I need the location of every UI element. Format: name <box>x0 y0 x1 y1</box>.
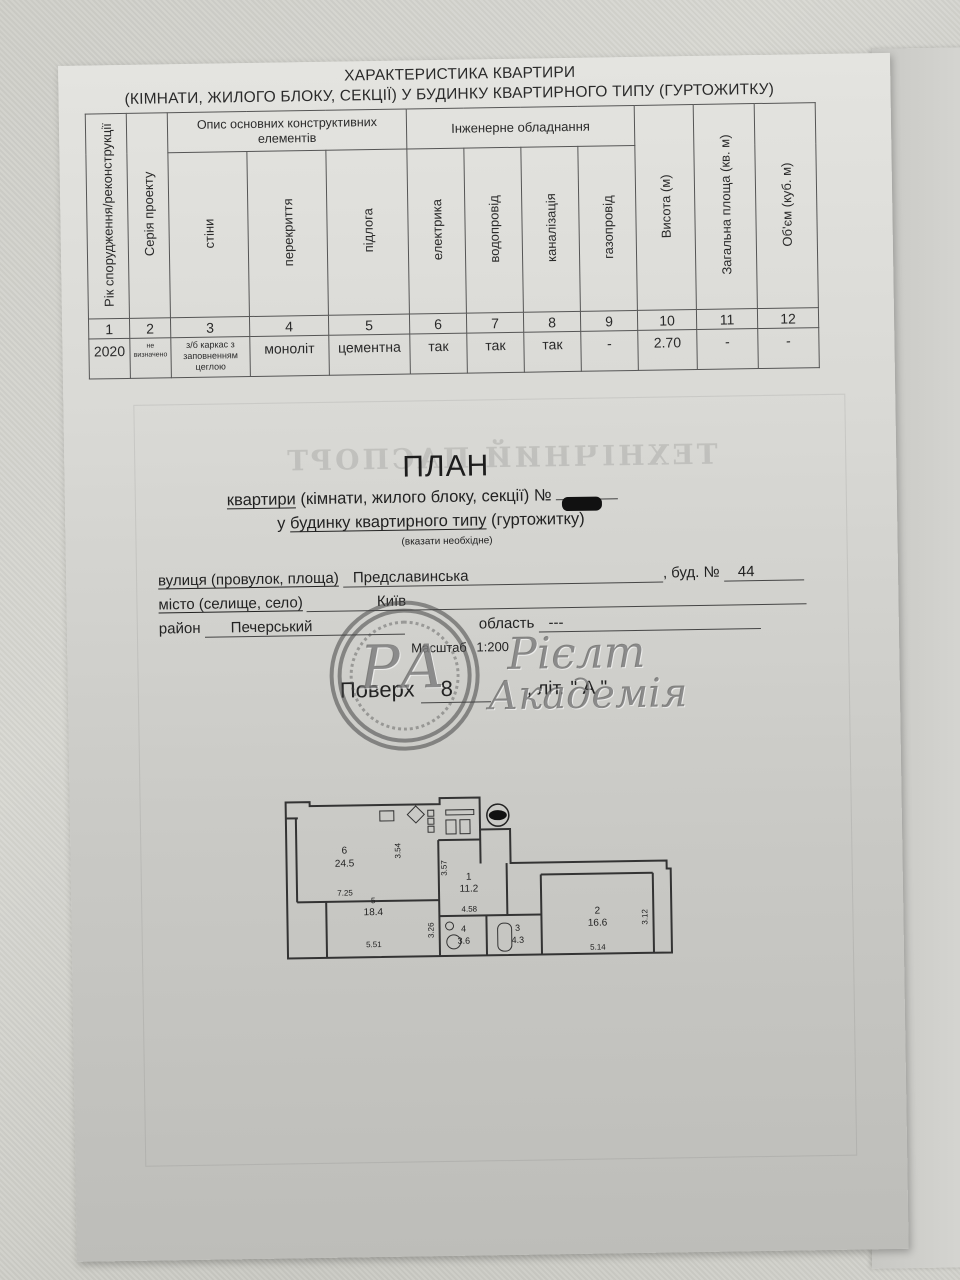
room-1-width: 4.58 <box>461 905 477 914</box>
col-header-3: стіни <box>168 152 250 318</box>
room-1-area: 11.2 <box>460 883 479 894</box>
value-water: так <box>467 332 525 373</box>
building-field: 44 <box>724 562 804 581</box>
room-2-height: 3.12 <box>640 908 649 924</box>
value-height: 2.70 <box>638 329 698 370</box>
room-5-height: 3.26 <box>426 922 435 938</box>
value-flooring: цементна <box>329 334 411 375</box>
col-header-6: електрика <box>407 148 467 314</box>
room-6-area: 24.5 <box>335 858 355 869</box>
col-header-5: підлога <box>326 149 410 315</box>
value-electricity: так <box>410 333 468 374</box>
room-6-height: 3.54 <box>393 842 402 858</box>
col-header-9: газопровід <box>578 145 638 311</box>
col-header-4: перекриття <box>247 150 329 316</box>
col-header-11: Загальна площа (кв. м) <box>693 104 757 310</box>
room-4-area: 3.6 <box>457 936 470 946</box>
room-6-width: 7.25 <box>337 888 353 897</box>
room-1-id: 1 <box>466 872 472 883</box>
room-1-height: 3.57 <box>440 860 449 876</box>
bleed-through-title: ТЕХНІЧНИЙ ПАСПОРТ <box>284 438 718 478</box>
value-volume: - <box>758 328 820 369</box>
value-walls: з/б каркас з заповненням цеглою <box>171 337 251 378</box>
value-area: - <box>697 329 759 370</box>
room-5-width: 5.51 <box>366 940 382 949</box>
col-header-8: каналізація <box>521 146 581 312</box>
plan-title: ПЛАН <box>402 449 489 484</box>
stamp-script-2: Академія <box>488 670 688 719</box>
group-header-structural: Опис основних конструктивних елементів <box>167 109 407 153</box>
room-2-width: 5.14 <box>590 942 606 951</box>
col-header-1: Рік спорудження/реконструкції <box>85 113 129 319</box>
apartment-number-field <box>556 498 618 500</box>
characteristic-title-1: ХАРАКТЕРИСТИКА КВАРТИРИ <box>344 64 575 86</box>
col-header-10: Висота (м) <box>634 105 696 311</box>
value-series: не визначено <box>130 338 172 379</box>
room-5-area: 18.4 <box>364 907 384 918</box>
characteristic-table: Рік спорудження/реконструкції Серія прое… <box>85 102 820 379</box>
value-floors: моноліт <box>250 335 330 376</box>
value-year: 2020 <box>89 338 131 379</box>
room-2-id: 2 <box>594 906 600 917</box>
room-4-id: 4 <box>461 924 466 934</box>
plan-hint: (вказати необхідне) <box>401 535 492 547</box>
col-header-12: Об'єм (куб. м) <box>754 103 818 309</box>
room-5-id: 5 <box>371 896 376 905</box>
room-3-id: 3 <box>515 923 520 933</box>
value-sewer: так <box>524 331 582 372</box>
value-gas: - <box>581 330 639 371</box>
col-header-2: Серія проекту <box>126 113 170 319</box>
floor-plan: 6 24.5 7.25 5 18.4 5.51 1 11.2 4.58 4 3.… <box>279 786 682 982</box>
room-6-id: 6 <box>341 846 347 857</box>
group-header-engineering: Інженерне обладнання <box>406 105 635 149</box>
room-2-area: 16.6 <box>588 917 608 928</box>
document-page: ТЕХНІЧНИЙ ПАСПОРТ ХАРАКТЕРИСТИКА КВАРТИР… <box>58 53 909 1262</box>
stamp-monogram: РА <box>359 632 446 703</box>
col-header-7: водопровід <box>464 147 524 313</box>
room-3-area: 4.3 <box>511 935 524 945</box>
